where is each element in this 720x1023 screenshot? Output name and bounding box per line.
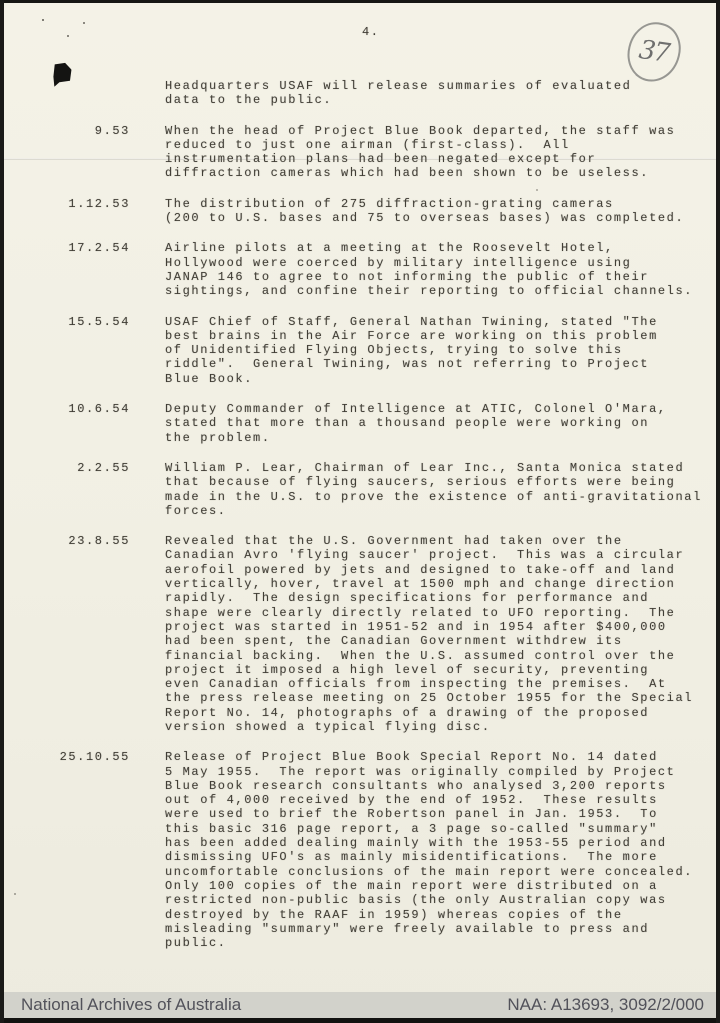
entry-line: forces. <box>165 504 716 518</box>
entry-date: 25.10.55 <box>0 750 130 764</box>
entry-line: Hollywood were coerced by military intel… <box>165 256 716 270</box>
entry-row: 2.2.55William P. Lear, Chairman of Lear … <box>0 461 716 518</box>
entry-row: Headquarters USAF will release summaries… <box>0 79 716 108</box>
entry-text: When the head of Project Blue Book depar… <box>165 124 716 181</box>
entry-date: 17.2.54 <box>0 241 130 255</box>
entry-line: Blue Book. <box>165 372 716 386</box>
entry-line: riddle". General Twining, was not referr… <box>165 357 716 371</box>
entry-line: Revealed that the U.S. Government had ta… <box>165 534 716 548</box>
entry-text: USAF Chief of Staff, General Nathan Twin… <box>165 315 716 386</box>
entry-line: out of 4,000 received by the end of 1952… <box>165 793 716 807</box>
entry-line: data to the public. <box>165 93 716 107</box>
entry-line: of Unidentified Flying Objects, trying t… <box>165 343 716 357</box>
entry-line: public. <box>165 936 716 950</box>
entry-line: the press release meeting on 25 October … <box>165 691 716 705</box>
entry-line: misleading "summary" were freely availab… <box>165 922 716 936</box>
entry-line: destroyed by the RAAF in 1959) whereas c… <box>165 908 716 922</box>
entry-date: 10.6.54 <box>0 402 130 416</box>
entry-line: made in the U.S. to prove the existence … <box>165 490 716 504</box>
entry-line: reduced to just one airman (first-class)… <box>165 138 716 152</box>
entry-text: Revealed that the U.S. Government had ta… <box>165 534 716 734</box>
entry-line: has been added dealing mainly with the 1… <box>165 836 716 850</box>
entry-line: that because of flying saucers, serious … <box>165 475 716 489</box>
entry-line: the problem. <box>165 431 716 445</box>
entry-line: Blue Book research consultants who analy… <box>165 779 716 793</box>
entry-text: The distribution of 275 diffraction-grat… <box>165 197 716 226</box>
entry-line: Release of Project Blue Book Special Rep… <box>165 750 716 764</box>
entry-line: Airline pilots at a meeting at the Roose… <box>165 241 716 255</box>
entry-line: Headquarters USAF will release summaries… <box>165 79 716 93</box>
entry-row: 23.8.55Revealed that the U.S. Government… <box>0 534 716 734</box>
entry-line: Canadian Avro 'flying saucer' project. T… <box>165 548 716 562</box>
entry-text: Airline pilots at a meeting at the Roose… <box>165 241 716 298</box>
entry-line: best brains in the Air Force are working… <box>165 329 716 343</box>
entry-row: 15.5.54USAF Chief of Staff, General Nath… <box>0 315 716 386</box>
scan-left-edge <box>0 0 4 1023</box>
paper-specks <box>42 19 44 21</box>
entry-row: 1.12.53The distribution of 275 diffracti… <box>0 197 716 226</box>
entry-line: (200 to U.S. bases and 75 to overseas ba… <box>165 211 716 225</box>
entry-line: stated that more than a thousand people … <box>165 416 716 430</box>
entry-line: rapidly. The design specifications for p… <box>165 591 716 605</box>
entry-text: Release of Project Blue Book Special Rep… <box>165 750 716 950</box>
entry-row: 25.10.55Release of Project Blue Book Spe… <box>0 750 716 950</box>
entry-line: shape were clearly directly related to U… <box>165 606 716 620</box>
entry-line: version showed a typical flying disc. <box>165 720 716 734</box>
annotation-number: 37 <box>638 35 671 69</box>
entry-line: even Canadian officials from inspecting … <box>165 677 716 691</box>
entry-row: 9.53When the head of Project Blue Book d… <box>0 124 716 181</box>
archive-footer-bar: National Archives of Australia NAA: A136… <box>0 992 720 1018</box>
entry-line: restricted non-public basis (the only Au… <box>165 893 716 907</box>
page-number: 4. <box>362 25 380 39</box>
entry-date: 1.12.53 <box>0 197 130 211</box>
entry-date: 9.53 <box>0 124 130 138</box>
archive-reference: NAA: A13693, 3092/2/000 <box>507 995 704 1015</box>
entry-line: USAF Chief of Staff, General Nathan Twin… <box>165 315 716 329</box>
archive-name: National Archives of Australia <box>21 995 241 1015</box>
entry-line: JANAP 146 to agree to not informing the … <box>165 270 716 284</box>
entry-row: 10.6.54Deputy Commander of Intelligence … <box>0 402 716 445</box>
entry-line: financial backing. When the U.S. assumed… <box>165 649 716 663</box>
scan-right-edge <box>716 0 720 1023</box>
entry-row: 17.2.54Airline pilots at a meeting at th… <box>0 241 716 298</box>
scan-bottom-edge <box>0 1018 720 1023</box>
entry-line: vertically, hover, travel at 1500 mph an… <box>165 577 716 591</box>
document-entries: Headquarters USAF will release summaries… <box>0 79 716 966</box>
entry-line: dismissing UFO's as mainly misidentifica… <box>165 850 716 864</box>
entry-line: this basic 316 page report, a 3 page so-… <box>165 822 716 836</box>
entry-date: 2.2.55 <box>0 461 130 475</box>
entry-line: had been spent, the Canadian Government … <box>165 634 716 648</box>
entry-date: 15.5.54 <box>0 315 130 329</box>
entry-line: sightings, and confine their reporting t… <box>165 284 716 298</box>
entry-date: 23.8.55 <box>0 534 130 548</box>
entry-text: Headquarters USAF will release summaries… <box>165 79 716 108</box>
entry-line: When the head of Project Blue Book depar… <box>165 124 716 138</box>
entry-line: project was started in 1951-52 and in 19… <box>165 620 716 634</box>
entry-line: were used to brief the Robertson panel i… <box>165 807 716 821</box>
entry-line: Only 100 copies of the main report were … <box>165 879 716 893</box>
entry-line: aerofoil powered by jets and designed to… <box>165 563 716 577</box>
entry-line: Deputy Commander of Intelligence at ATIC… <box>165 402 716 416</box>
entry-line: instrumentation plans had been negated e… <box>165 152 716 166</box>
entry-line: 5 May 1955. The report was originally co… <box>165 765 716 779</box>
scan-top-edge <box>0 0 720 3</box>
entry-line: Report No. 14, photographs of a drawing … <box>165 706 716 720</box>
entry-text: Deputy Commander of Intelligence at ATIC… <box>165 402 716 445</box>
entry-line: William P. Lear, Chairman of Lear Inc., … <box>165 461 716 475</box>
entry-text: William P. Lear, Chairman of Lear Inc., … <box>165 461 716 518</box>
entry-line: uncomfortable conclusions of the main re… <box>165 865 716 879</box>
entry-line: diffraction cameras which had been shown… <box>165 166 716 180</box>
entry-line: The distribution of 275 diffraction-grat… <box>165 197 716 211</box>
entry-line: project it imposed a high level of secur… <box>165 663 716 677</box>
